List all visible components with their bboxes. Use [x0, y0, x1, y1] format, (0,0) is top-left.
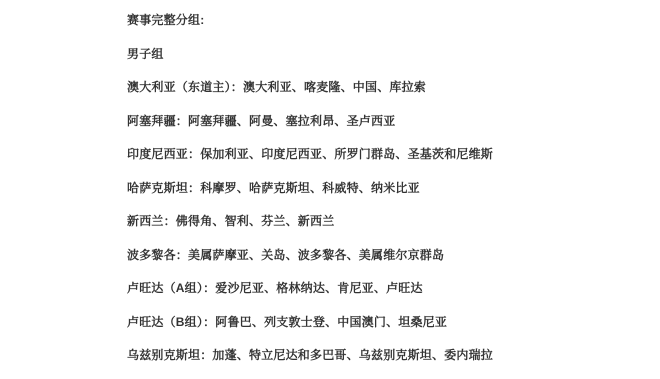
group-line: 乌兹别克斯坦：加蓬、特立尼达和多巴哥、乌兹别克斯坦、委内瑞拉 — [127, 339, 660, 373]
group-line: 阿塞拜疆：阿塞拜疆、阿曼、塞拉利昂、圣卢西亚 — [127, 105, 660, 139]
group-line: 哈萨克斯坦：科摩罗、哈萨克斯坦、科威特、纳米比亚 — [127, 172, 660, 206]
group-list: 澳大利亚（东道主）：澳大利亚、喀麦隆、中国、库拉索阿塞拜疆：阿塞拜疆、阿曼、塞拉… — [127, 71, 660, 373]
group-line: 卢旺达（B组）：阿鲁巴、列支敦士登、中国澳门、坦桑尼亚 — [127, 306, 660, 340]
group-line: 澳大利亚（东道主）：澳大利亚、喀麦隆、中国、库拉索 — [127, 71, 660, 105]
article-heading: 赛事完整分组: — [127, 4, 660, 38]
group-line: 新西兰：佛得角、智利、芬兰、新西兰 — [127, 205, 660, 239]
section-heading: 男子组 — [127, 38, 660, 72]
article: 赛事完整分组: 男子组 澳大利亚（东道主）：澳大利亚、喀麦隆、中国、库拉索阿塞拜… — [127, 4, 660, 373]
group-line: 波多黎各：美属萨摩亚、关岛、波多黎各、美属维尔京群岛 — [127, 239, 660, 273]
group-line: 印度尼西亚：保加利亚、印度尼西亚、所罗门群岛、圣基茨和尼维斯 — [127, 138, 660, 172]
group-line: 卢旺达（A组）：爱沙尼亚、格林纳达、肯尼亚、卢旺达 — [127, 272, 660, 306]
